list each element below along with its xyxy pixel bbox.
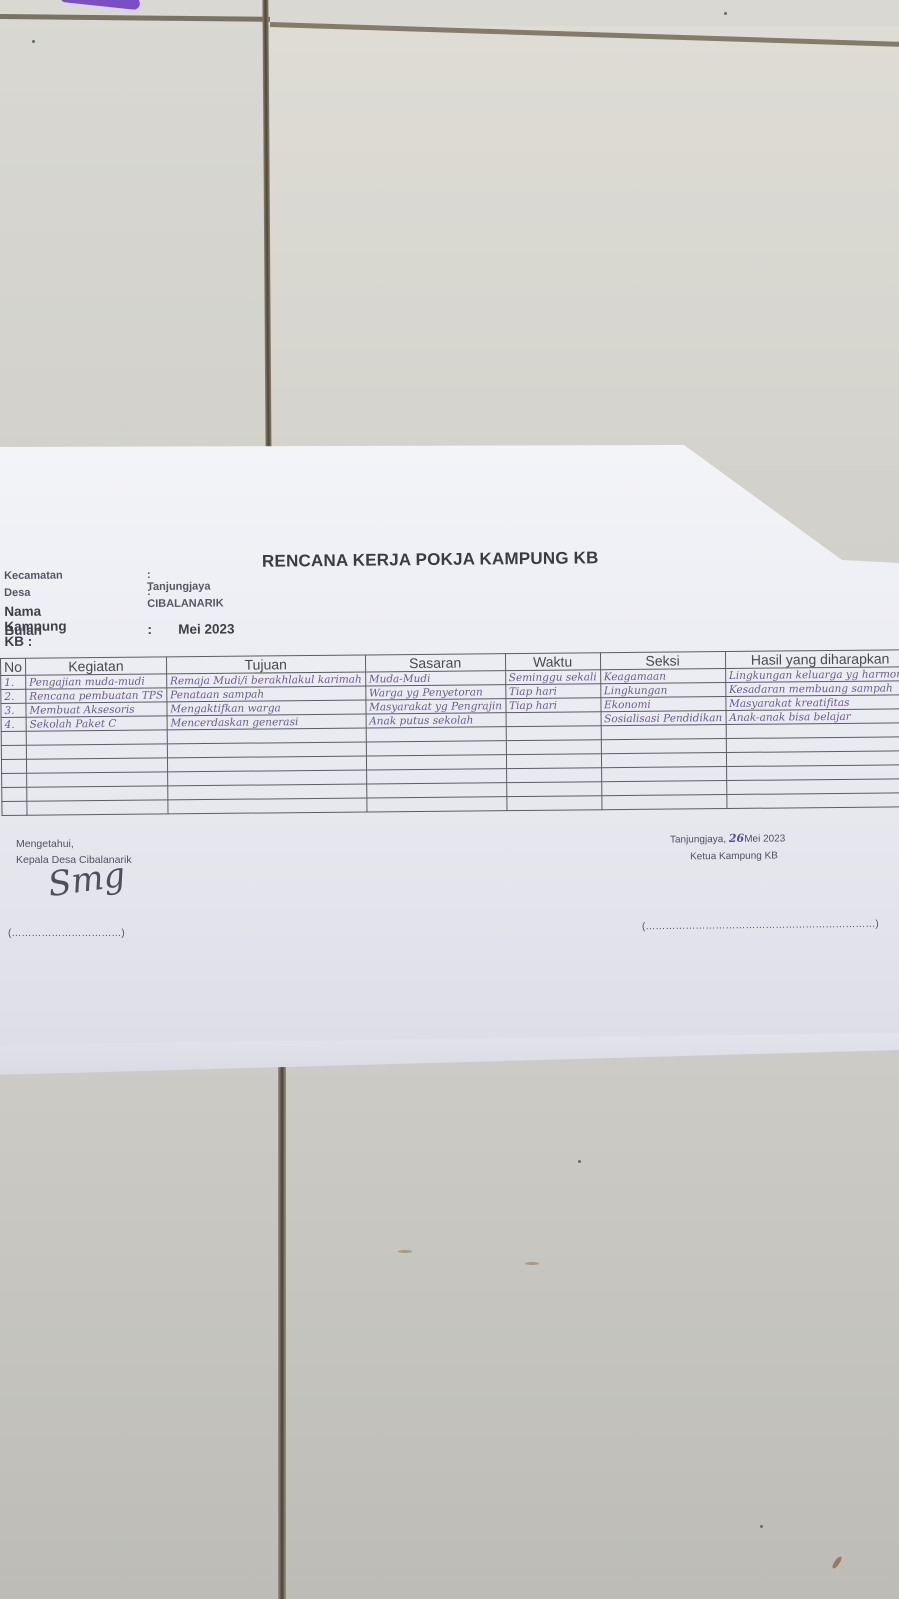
floor-smear [831, 1555, 843, 1569]
cell-kegiatan [27, 772, 168, 787]
cell-kegiatan [26, 730, 167, 745]
header-kegiatan: Kegiatan [25, 657, 166, 675]
cell-seksi: Keagamaan [600, 669, 725, 684]
header-no: No [1, 658, 26, 675]
cell-hasil [726, 793, 899, 809]
cell-kegiatan: Membuat Aksesoris [26, 702, 167, 717]
cell-sasaran [366, 769, 506, 784]
cell-no: 2. [1, 689, 26, 703]
cell-kegiatan: Sekolah Paket C [26, 716, 167, 731]
table-body: 1.Pengajian muda-mudiRemaja Mudi/i berak… [1, 667, 899, 816]
cell-no [1, 731, 26, 745]
cell-seksi [601, 795, 726, 810]
meta-label: Desa [4, 587, 30, 599]
floor-speck [760, 1525, 763, 1528]
cell-seksi [601, 767, 726, 782]
cell-waktu [506, 754, 601, 769]
work-plan-table: No Kegiatan Tujuan Sasaran Waktu Seksi H… [0, 649, 899, 816]
header-seksi: Seksi [600, 652, 725, 670]
floor-speck [724, 12, 727, 15]
month-year: Mei 2023 [744, 833, 785, 844]
cell-sasaran [366, 755, 506, 770]
cell-seksi: Ekonomi [600, 697, 725, 712]
cell-kegiatan [26, 758, 167, 773]
cell-kegiatan: Rencana pembuatan TPS [26, 688, 167, 703]
cell-sasaran [366, 797, 506, 812]
floor-tile [270, 26, 899, 466]
cell-waktu [506, 782, 601, 797]
footer-right: Tanjungjaya, 26Mei 2023 Ketua Kampung KB [670, 829, 786, 865]
cell-waktu [506, 712, 601, 727]
cell-sasaran: Warga yg Penyetoran [365, 685, 505, 700]
cell-no [1, 759, 26, 773]
cell-no [2, 787, 27, 801]
cell-no: 3. [1, 703, 26, 717]
cell-sasaran [366, 727, 506, 742]
cell-no [2, 801, 27, 815]
cell-waktu: Tiap hari [505, 684, 600, 699]
cell-sasaran [366, 741, 506, 756]
pen-tip [60, 0, 141, 10]
tile-grout [0, 14, 270, 22]
acknowledged-label: Mengetahui, [16, 836, 132, 852]
cell-kegiatan [27, 786, 168, 801]
cell-waktu [506, 796, 601, 811]
kampung-head-title: Ketua Kampung KB [670, 847, 786, 865]
meta-value: : Mei 2023 [147, 621, 234, 637]
meta-value: : CIBALANARIK [147, 585, 224, 610]
cell-sasaran: Masyarakat yg Pengrajin [365, 699, 505, 714]
cell-seksi: Lingkungan [600, 683, 725, 698]
cell-sasaran: Anak putus sekolah [366, 713, 506, 728]
header-sasaran: Sasaran [365, 654, 505, 672]
floor-speck [578, 1160, 581, 1163]
cell-sasaran [366, 783, 506, 798]
cell-kegiatan: Pengajian muda-mudi [26, 674, 167, 689]
cell-seksi [601, 753, 726, 768]
village-head-name-line: (……………………………) [8, 928, 125, 939]
place-label: Tanjungjaya, [670, 834, 726, 846]
cell-tujuan [168, 798, 367, 814]
tile-grout [278, 1065, 286, 1599]
cell-waktu: Seminggu sekali [505, 670, 600, 685]
header-tujuan: Tujuan [166, 655, 365, 674]
cell-seksi [601, 739, 726, 754]
header-hasil: Hasil yang diharapkan [725, 650, 899, 669]
header-waktu: Waktu [505, 653, 600, 671]
cell-kegiatan [26, 744, 167, 759]
floor-smear [525, 1262, 539, 1265]
cell-waktu [506, 726, 601, 741]
cell-seksi [601, 781, 726, 796]
cell-kegiatan [27, 800, 168, 815]
meta-label: Bulan [4, 623, 42, 638]
floor-speck [32, 40, 35, 43]
cell-waktu [506, 768, 601, 783]
document-title: RENCANA KERJA POKJA KAMPUNG KB [262, 548, 599, 572]
document-meta: Kecamatan : Tanjungjaya Desa : CIBALANAR… [4, 570, 5, 642]
cell-waktu: Tiap hari [505, 698, 600, 713]
cell-seksi: Sosialisasi Pendidikan [601, 711, 726, 726]
meta-label: Kecamatan [4, 570, 63, 582]
cell-no [1, 745, 26, 759]
cell-seksi [601, 725, 726, 740]
cell-no: 4. [1, 717, 26, 731]
cell-sasaran: Muda-Mudi [365, 671, 505, 686]
cell-no: 1. [1, 675, 26, 689]
floor-smear [398, 1250, 412, 1253]
handwritten-day: 26 [729, 832, 744, 845]
cell-waktu [506, 740, 601, 755]
place-date: Tanjungjaya, 26Mei 2023 [670, 829, 786, 848]
cell-no [2, 773, 27, 787]
